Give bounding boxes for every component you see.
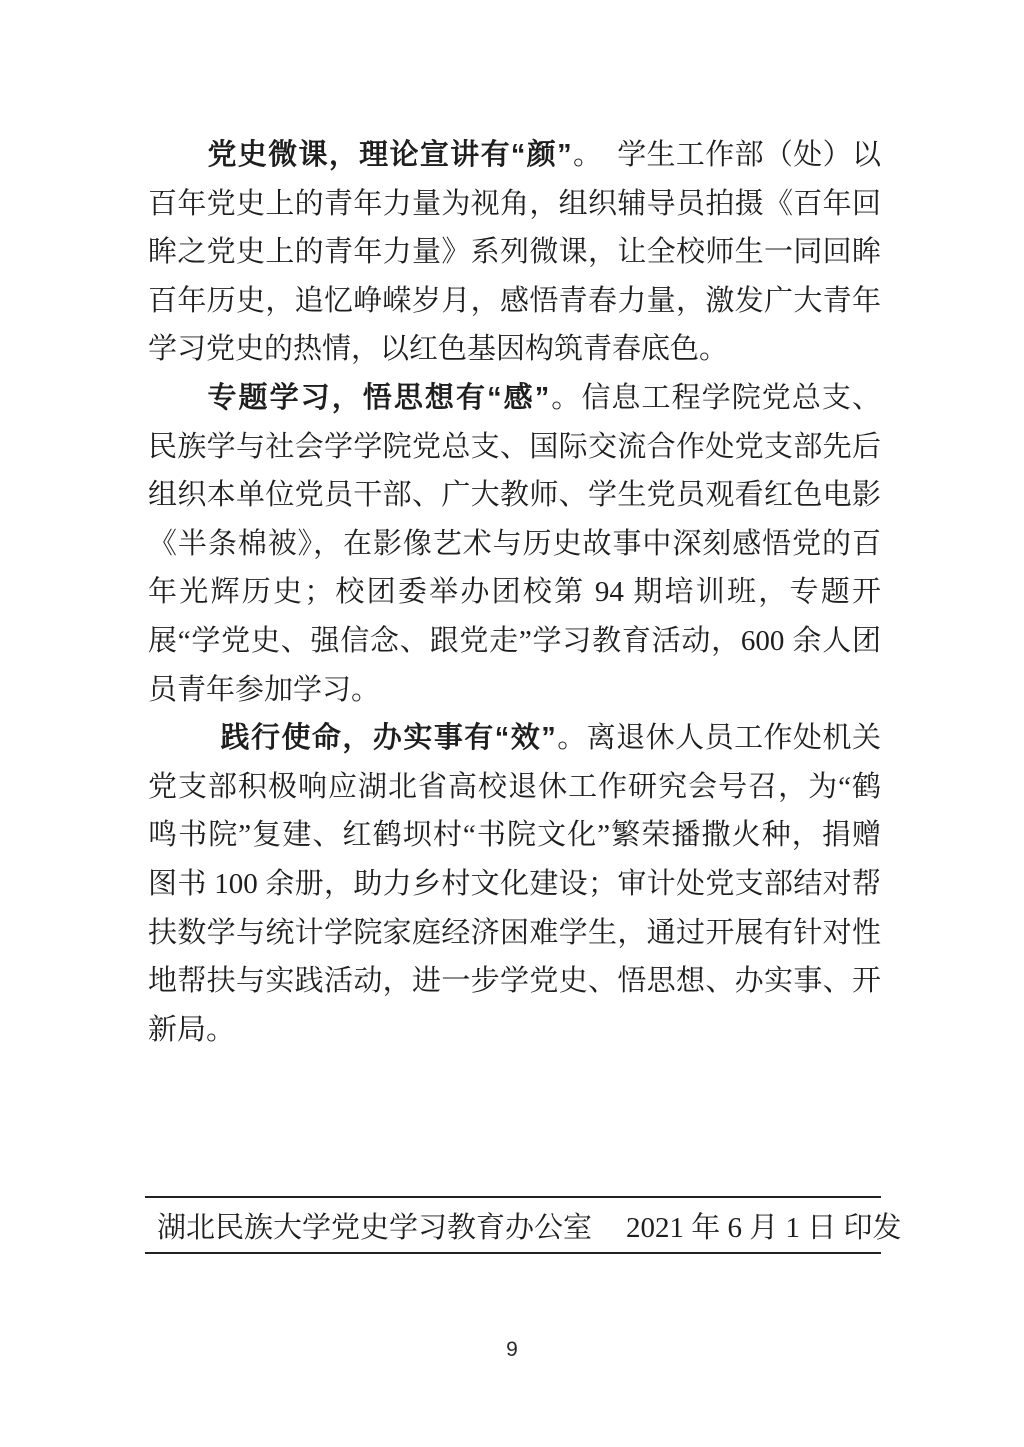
paragraph-3-bold-heading: 践行使命，办实事有“效” (221, 722, 557, 754)
imprint-footer: 湖北民族大学党史学习教育办公室 2021 年 6 月 1 日 印发 (145, 1196, 881, 1254)
document-body: 党史微课，理论宣讲有“颜”。 学生工作部（处）以百年党史上的青年力量为视角，组织… (148, 131, 881, 1054)
issuing-office: 湖北民族大学党史学习教育办公室 (157, 1205, 592, 1246)
document-page: 党史微课，理论宣讲有“颜”。 学生工作部（处）以百年党史上的青年力量为视角，组织… (0, 0, 1024, 1447)
paragraph-party-history-microlecture: 党史微课，理论宣讲有“颜”。 学生工作部（处）以百年党史上的青年力量为视角，组织… (148, 131, 881, 374)
paragraph-2-text: 。信息工程学院党总支、民族学与社会学学院党总支、国际交流合作处党支部先后组织本单… (148, 382, 881, 706)
footer-imprint-line: 湖北民族大学党史学习教育办公室 2021 年 6 月 1 日 印发 (145, 1198, 881, 1252)
page-number: 9 (0, 1338, 1024, 1362)
paragraph-special-topic-study: 专题学习，悟思想有“感”。信息工程学院党总支、民族学与社会学学院党总支、国际交流… (148, 374, 881, 714)
paragraph-3-text: 。离退休人员工作处机关党支部积极响应湖北省高校退休工作研究会号召，为“鹤鸣书院”… (148, 722, 881, 1046)
paragraph-1-text: 。 学生工作部（处）以百年党史上的青年力量为视角，组织辅导员拍摄《百年回眸之党史… (148, 139, 881, 365)
paragraph-2-bold-heading: 专题学习，悟思想有“感” (207, 382, 550, 414)
issue-date: 2021 年 6 月 1 日 印发 (626, 1205, 902, 1246)
footer-bottom-rule (145, 1252, 881, 1254)
paragraph-practice-mission: 践行使命，办实事有“效”。离退休人员工作处机关党支部积极响应湖北省高校退休工作研… (148, 714, 881, 1054)
paragraph-1-bold-heading: 党史微课，理论宣讲有“颜” (207, 139, 572, 171)
